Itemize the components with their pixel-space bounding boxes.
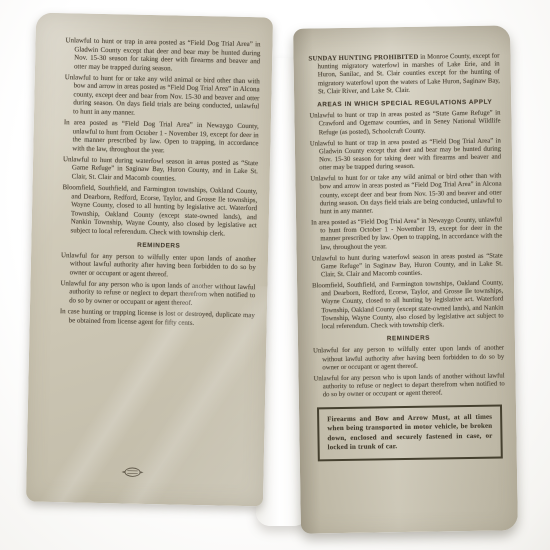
regulation-paragraph: In area posted as “Field Dog Trial Area”… — [311, 217, 502, 253]
right-page: SUNDAY HUNTING PROHIBITED in Monroe Coun… — [293, 25, 518, 533]
left-page: Unlawful to hunt or trap in area posted … — [26, 13, 273, 507]
reminders-header: REMINDERS — [313, 333, 504, 344]
regulation-paragraph: Unlawful to hunt for or take any wild an… — [310, 173, 502, 217]
regulation-paragraph: Unlawful to hunt during waterfowl season… — [312, 252, 503, 280]
regulation-paragraph: In area posted as “Field Dog Trial Area”… — [63, 119, 259, 157]
reminder-paragraph: Unlawful for any person to wilfully ente… — [61, 252, 256, 282]
reminder-paragraph: Unlawful for any person who is upon land… — [60, 280, 255, 310]
booklet-photo: Unlawful to hunt or trap in area posted … — [0, 0, 550, 550]
left-page-text-column: Unlawful to hunt or trap in area posted … — [30, 13, 273, 330]
regulation-paragraph: Unlawful to hunt or trap in areas posted… — [309, 110, 500, 138]
regulation-paragraph: Bloomfield, Southfield, and Farmington t… — [312, 280, 504, 332]
right-page-text-column: SUNDAY HUNTING PROHIBITED in Monroe Coun… — [293, 25, 517, 461]
firearms-transport-notice-box: Firearms and Bow and Arrow Must, at all … — [317, 404, 503, 461]
sunday-hunting-paragraph: SUNDAY HUNTING PROHIBITED in Monroe Coun… — [308, 52, 500, 96]
reminder-paragraph: Unlawful for any person who is upon land… — [313, 372, 504, 400]
reminders-header: REMINDERS — [61, 240, 256, 253]
regulation-paragraph: Unlawful to hunt or trap in area posted … — [65, 37, 261, 75]
regulation-paragraph: Unlawful to hunt or trap in area posted … — [310, 137, 501, 173]
regulation-paragraph: Unlawful to hunt during waterfowl season… — [63, 156, 258, 186]
special-regulations-header: AREAS IN WHICH SPECIAL REGULATIONS APPLY — [309, 98, 500, 109]
reminder-paragraph: In case hunting or trapping license is l… — [60, 308, 255, 329]
reminder-paragraph: Unlawful for any person to wilfully ente… — [313, 345, 504, 373]
regulation-paragraph: Bloomfield, Southfield, and Farmington t… — [61, 184, 257, 239]
regulation-paragraph: Unlawful to hunt for or take any wild an… — [64, 74, 260, 121]
printers-union-label-icon — [120, 464, 144, 476]
